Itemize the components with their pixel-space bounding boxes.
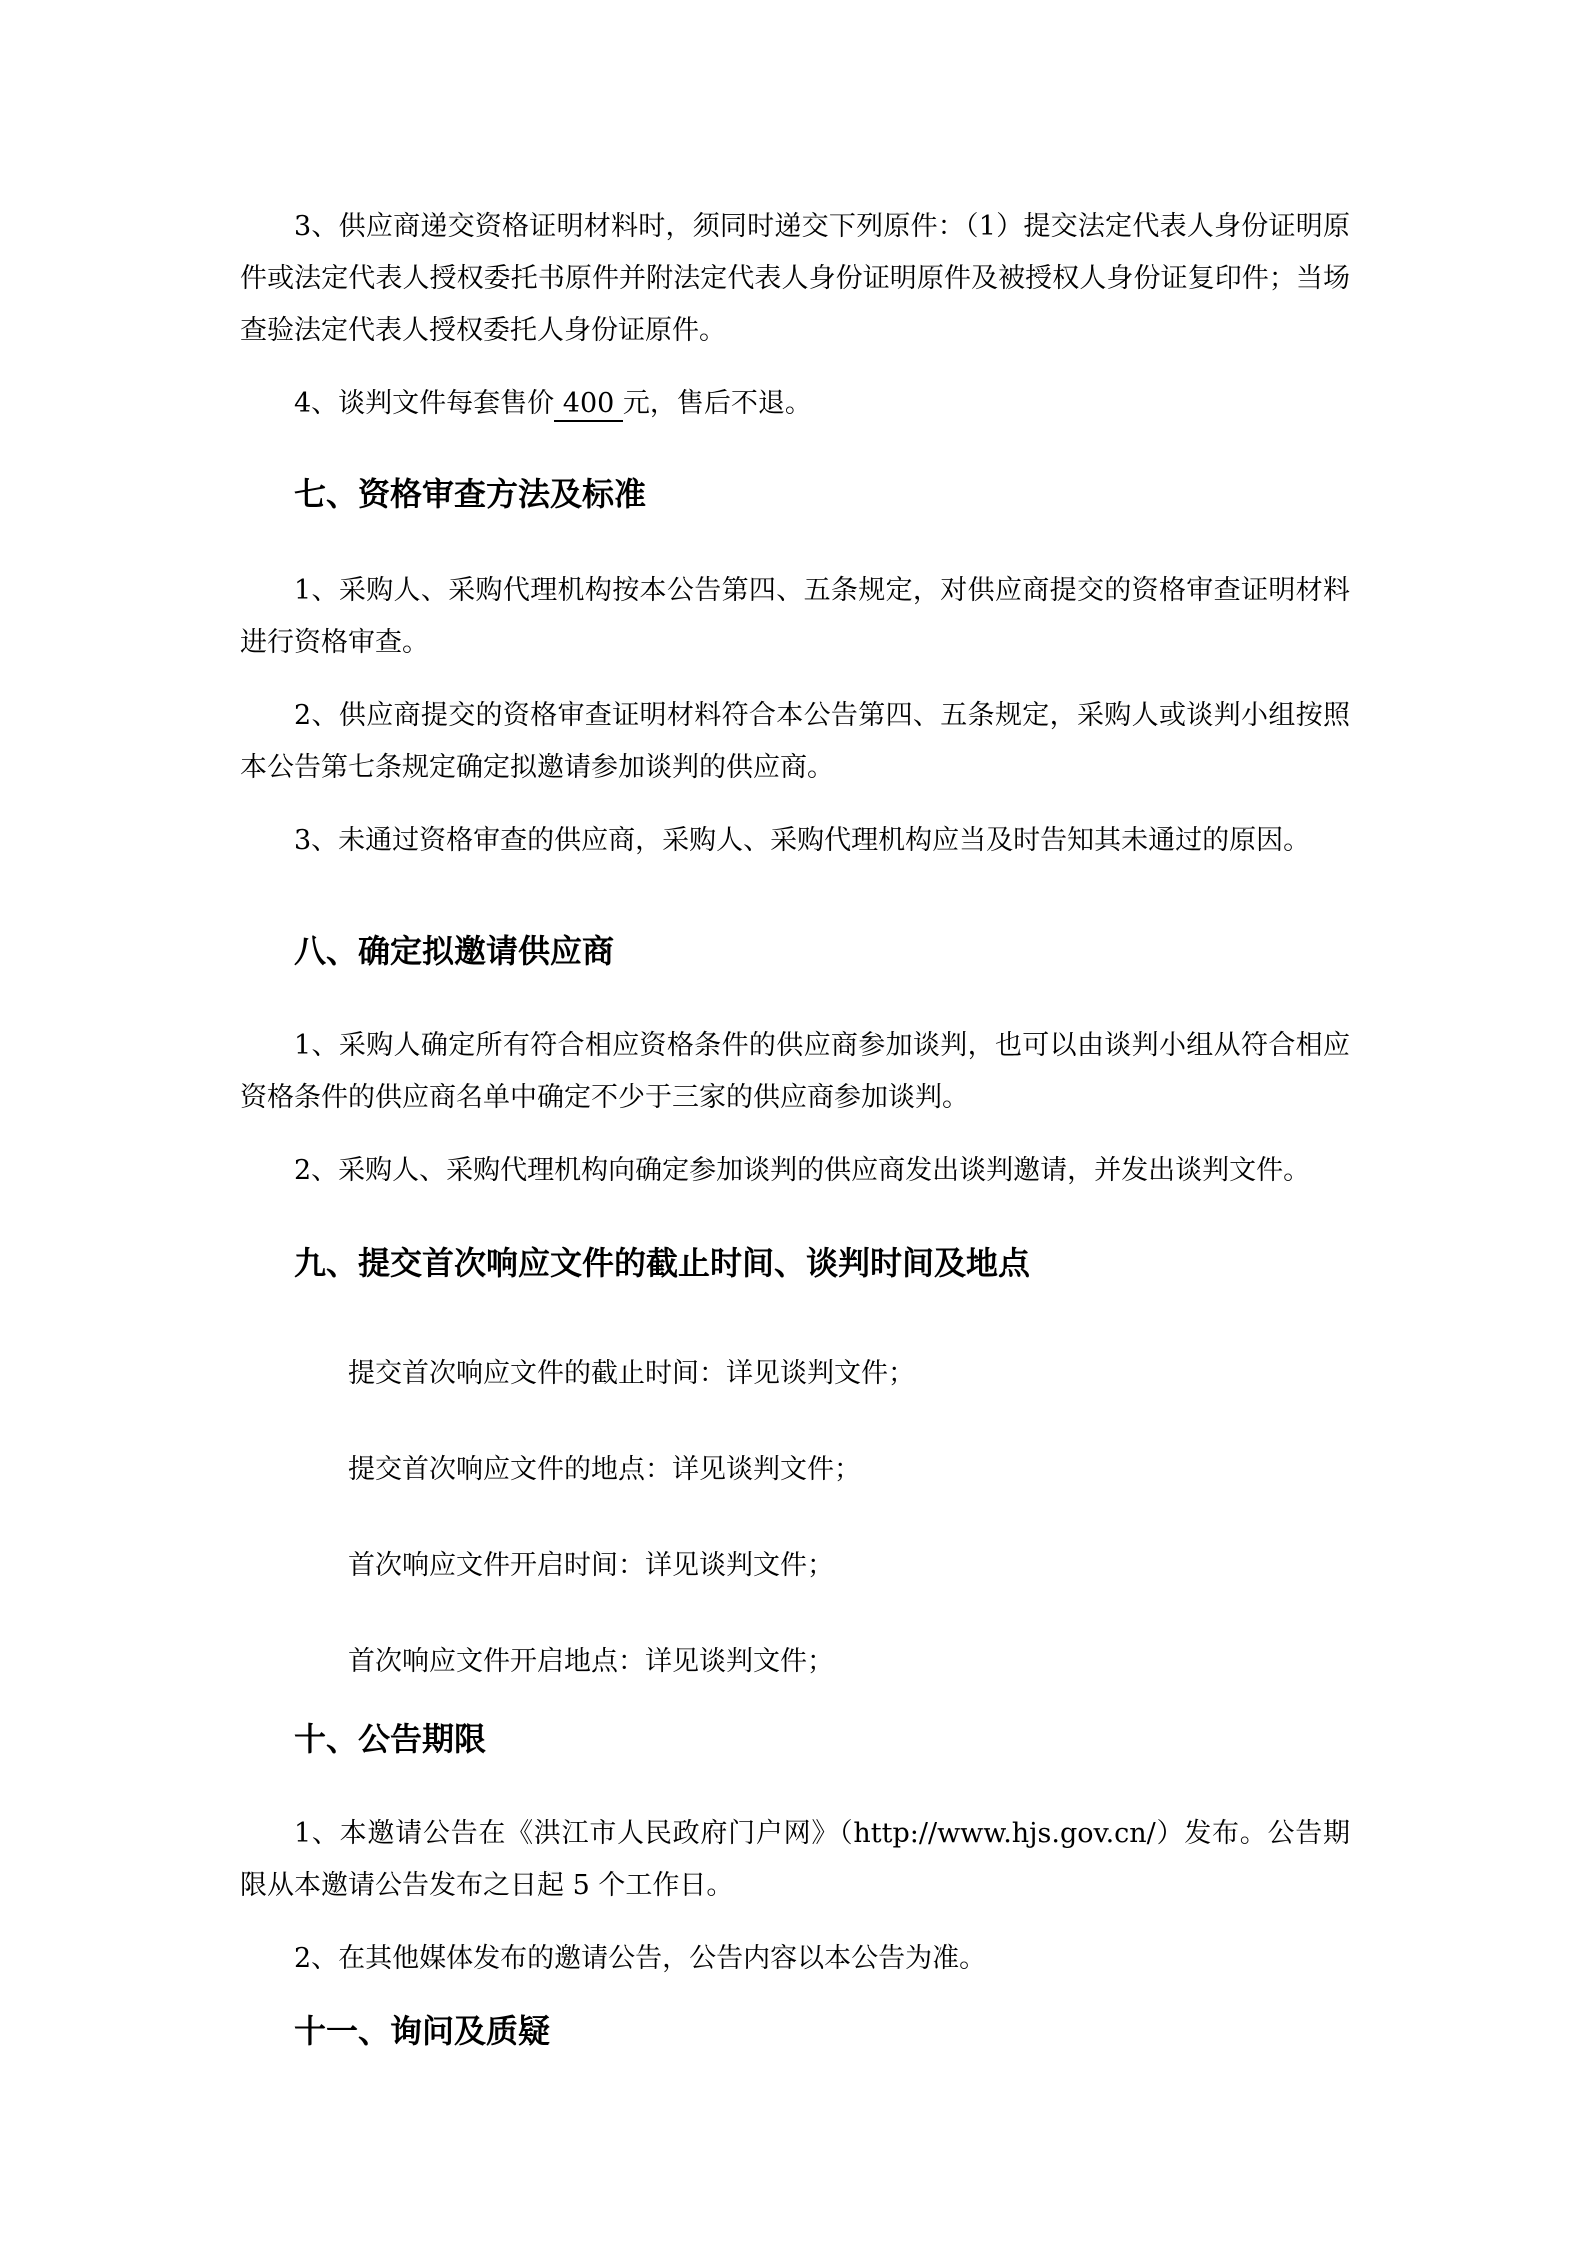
- price-text-suffix: 元，售后不退。: [623, 388, 812, 419]
- price-value-underlined: 400: [554, 388, 623, 422]
- line-first-response-submit-place: 提交首次响应文件的地点：详见谈判文件；: [240, 1444, 1350, 1496]
- para-8-item-2: 2、采购人、采购代理机构向确定参加谈判的供应商发出谈判邀请，并发出谈判文件。: [240, 1145, 1350, 1197]
- heading-section-10-announcement-period: 十、公告期限: [240, 1714, 1350, 1764]
- para-10-item-2: 2、在其他媒体发布的邀请公告，公告内容以本公告为准。: [240, 1933, 1350, 1985]
- para-negotiation-document-price: 4、谈判文件每套售价 400 元，售后不退。: [240, 378, 1350, 430]
- para-supplier-original-documents: 3、供应商递交资格证明材料时，须同时递交下列原件：（1）提交法定代表人身份证明原…: [240, 201, 1350, 357]
- line-first-response-opening-time: 首次响应文件开启时间：详见谈判文件；: [240, 1540, 1350, 1592]
- price-text-prefix: 4、谈判文件每套售价: [294, 388, 554, 419]
- heading-section-8-determine-invited-suppliers: 八、确定拟邀请供应商: [240, 926, 1350, 976]
- line-first-response-deadline-time: 提交首次响应文件的截止时间：详见谈判文件；: [240, 1348, 1350, 1400]
- document-page: 3、供应商递交资格证明材料时，须同时递交下列原件：（1）提交法定代表人身份证明原…: [0, 0, 1587, 2245]
- heading-section-9-deadline-time-place: 九、提交首次响应文件的截止时间、谈判时间及地点: [240, 1238, 1350, 1288]
- para-7-item-2: 2、供应商提交的资格审查证明材料符合本公告第四、五条规定，采购人或谈判小组按照本…: [240, 690, 1350, 794]
- para-7-item-1: 1、采购人、采购代理机构按本公告第四、五条规定，对供应商提交的资格审查证明材料进…: [240, 565, 1350, 669]
- para-10-item-1: 1、本邀请公告在《洪江市人民政府门户网》（http://www.hjs.gov.…: [240, 1808, 1350, 1912]
- heading-section-11-inquiry-and-challenge: 十一、询问及质疑: [240, 2006, 1350, 2056]
- line-first-response-opening-place: 首次响应文件开启地点：详见谈判文件；: [240, 1636, 1350, 1688]
- para-7-item-3: 3、未通过资格审查的供应商，采购人、采购代理机构应当及时告知其未通过的原因。: [240, 815, 1350, 867]
- para-8-item-1: 1、采购人确定所有符合相应资格条件的供应商参加谈判，也可以由谈判小组从符合相应资…: [240, 1020, 1350, 1124]
- heading-section-7-qualification-review: 七、资格审查方法及标准: [240, 469, 1350, 519]
